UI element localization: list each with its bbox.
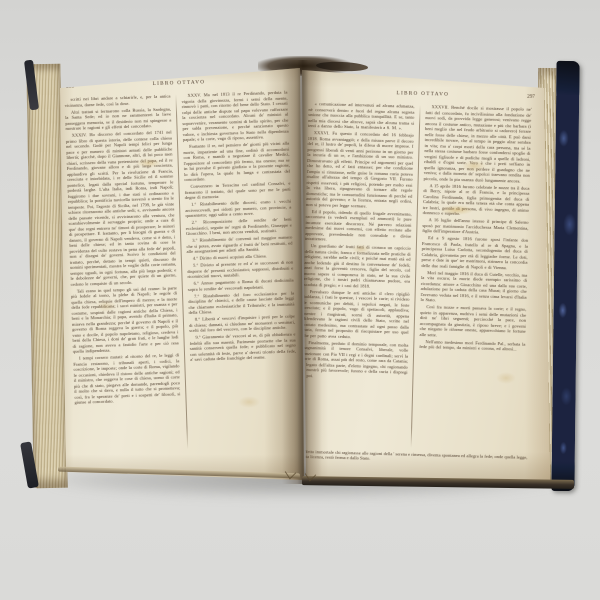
paragraph: 2.° Ricomposizione delle rendite de' ben…: [186, 217, 292, 237]
paragraph: Frattanto il re, nel pensiero de' giorni…: [183, 141, 290, 183]
paragraph: XXXIV. Ho discorso del concordato del 17…: [66, 129, 177, 286]
paragraph: XXXVI. Fu questo il concordato del 16 fe…: [306, 130, 414, 210]
paragraph: Così fra nozze e morti passava la corte;…: [420, 304, 527, 340]
left-column-2: XXXV. Ma nel 1813 il re Ferdinando, perd…: [181, 90, 299, 449]
paragraph: Morì nel maggio 1816 il duca di Cutelle,…: [420, 270, 527, 306]
left-page-columns: scritti nei libri andare a schiarirle, e…: [64, 89, 306, 452]
left-running-title: LIBRO OTTAVO: [64, 76, 294, 90]
left-page-text: 296 LIBRO OTTAVO scritti nei libri andar…: [64, 76, 306, 452]
paragraph: Altri trattati si fermarono colla Russia…: [65, 106, 172, 132]
paragraph: Prevalsero dunque le arti antiche: il cl…: [302, 288, 409, 340]
paragraph: XXXV. Ma nel 1813 il re Ferdinando, perd…: [181, 90, 289, 143]
paragraph: 3.° Ristabilimento de' conventi nel magg…: [186, 235, 292, 255]
right-page-header: LIBRO OTTAVO 297: [309, 88, 537, 102]
paragraph: Convennero in Terracina col cardinal Con…: [184, 181, 290, 201]
paragraph: « comunicazione ad intervenuti ad alcuna…: [308, 101, 415, 131]
back-cover-right: [551, 61, 579, 491]
paragraph: Finalmente, perduto il dominio temporale…: [301, 339, 408, 380]
right-column-2: XXXVII. Benché docile si mostrasse il po…: [417, 104, 532, 451]
paragraph: 8.° Libertà a' vescovi d'inquisire i pre…: [189, 313, 295, 333]
right-page-number: 297: [527, 94, 535, 100]
paragraph: Ed il popolo, ridendo di quello frugale …: [305, 208, 412, 244]
paragraph: 7.° Ristabilimento del foro ecclesiastic…: [188, 290, 295, 316]
right-page: LIBRO OTTAVO 297 « comunicazione ad inte…: [298, 62, 550, 486]
left-column-1: scritti nei libri andare a schiarirle, e…: [64, 93, 182, 452]
right-page-columns: « comunicazione ad intervenuti ad alcuna…: [300, 101, 537, 451]
paragraph: I tempi corsero mutati: al ritorno del r…: [73, 352, 181, 405]
paragraph: Ed a 9 agosto 1816 furono sposi l'infant…: [421, 235, 528, 271]
paragraph: Tali erano in quel tempo gli usi del rea…: [71, 285, 179, 354]
paragraph: A 16 luglio dell'anno istesso il princip…: [422, 217, 528, 236]
paragraph: d'effetto immortale chi ragionasse alle …: [299, 449, 527, 466]
paragraph: XXXVII. Benché docile si mostrasse il po…: [424, 104, 532, 184]
right-page-footnote: d'effetto immortale chi ragionasse alle …: [299, 449, 527, 466]
right-page-text: LIBRO OTTAVO 297 « comunicazione ad inte…: [299, 88, 537, 466]
right-column-1: « comunicazione ad intervenuti ad alcuna…: [300, 101, 415, 448]
paragraph: Un guardiano de' frutti fatti di cronaca…: [304, 243, 411, 290]
paragraph: 9.° Giuramento de' vescovi al re, di più…: [189, 331, 296, 362]
right-running-title: LIBRO OTTAVO: [309, 88, 537, 100]
paragraph: A 15 aprile 1816 furono celebrate le noz…: [423, 183, 530, 219]
paragraph: Nell'anno medesimo morì Ferdinando Pal.,…: [419, 338, 525, 352]
photo-background: 296 LIBRO OTTAVO scritti nei libri andar…: [0, 0, 600, 600]
paragraph: 1.° Ristabilimento delle diocesi; erano …: [185, 199, 291, 219]
paragraph: 5.° Divieto al presente re ed a' re succ…: [187, 260, 293, 280]
left-page: 296 LIBRO OTTAVO scritti nei libri andar…: [56, 62, 304, 484]
